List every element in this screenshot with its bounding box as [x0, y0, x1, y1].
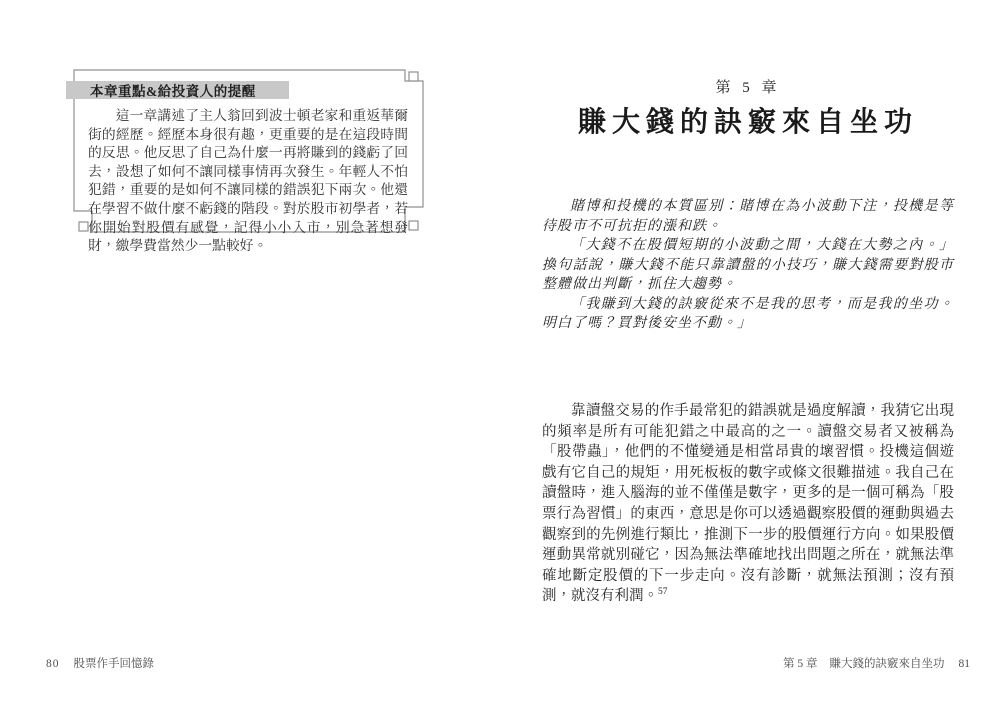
chapter-label: 第 5 章: [542, 76, 954, 97]
left-page-number: 80: [46, 658, 60, 670]
corner-square-bottom-right: [409, 221, 418, 230]
chapter-title: 賺大錢的訣竅來自坐功: [542, 100, 954, 140]
right-page-number: 81: [959, 658, 971, 670]
body-paragraph-text: 靠讀盤交易的作手最常犯的錯誤就是過度解讀，我猜它出現的頻率是所有可能犯錯之中最高…: [542, 403, 954, 604]
book-spread: 本章重點&給投資人的提醒 這一章講述了主人翁回到波士頓老家和重返華爾街的經歷。經…: [0, 0, 1000, 710]
footer-chapter-title: 賺大錢的訣竅來自坐功: [830, 658, 945, 670]
footnote-reference: 57: [658, 588, 668, 598]
left-page-footer: 80股票作手回憶錄: [46, 655, 154, 671]
corner-square-top-right: [409, 72, 418, 81]
right-page: 第 5 章 賺大錢的訣竅來自坐功 賭博和投機的本質區別：賭博在為小波動下注，投機…: [542, 0, 954, 710]
callout-title-bar: 本章重點&給投資人的提醒: [66, 81, 289, 99]
right-page-footer: 第 5 章賺大錢的訣竅來自坐功81: [783, 655, 970, 671]
body-block: 靠讀盤交易的作手最常犯的錯誤就是過度解讀，我猜它出現的頻率是所有可能犯錯之中最高…: [542, 401, 954, 607]
quote-paragraph: 「我賺到大錢的訣竅從來不是我的思考，而是我的坐功。明白了嗎？買對後安坐不動。」: [542, 295, 954, 334]
quote-paragraph: 「大錢不在股價短期的小波動之間，大錢在大勢之內。」換句話說，賺大錢不能只靠讀盤的…: [542, 236, 954, 295]
quote-block: 賭博和投機的本質區別：賭博在為小波動下注，投機是等待股市不可抗拒的漲和跌。 「大…: [542, 197, 954, 334]
book-title: 股票作手回憶錄: [74, 658, 155, 670]
quote-paragraph: 賭博和投機的本質區別：賭博在為小波動下注，投機是等待股市不可抗拒的漲和跌。: [542, 197, 954, 236]
footer-chapter-label: 第 5 章: [783, 658, 818, 670]
callout-body-text: 這一章講述了主人翁回到波士頓老家和重返華爾街的經歷。經歷本身很有趣，更重要的是在…: [88, 107, 408, 256]
corner-square-bottom-left: [79, 222, 88, 231]
body-paragraph: 靠讀盤交易的作手最常犯的錯誤就是過度解讀，我猜它出現的頻率是所有可能犯錯之中最高…: [542, 401, 954, 607]
callout-title: 本章重點&給投資人的提醒: [90, 80, 256, 100]
